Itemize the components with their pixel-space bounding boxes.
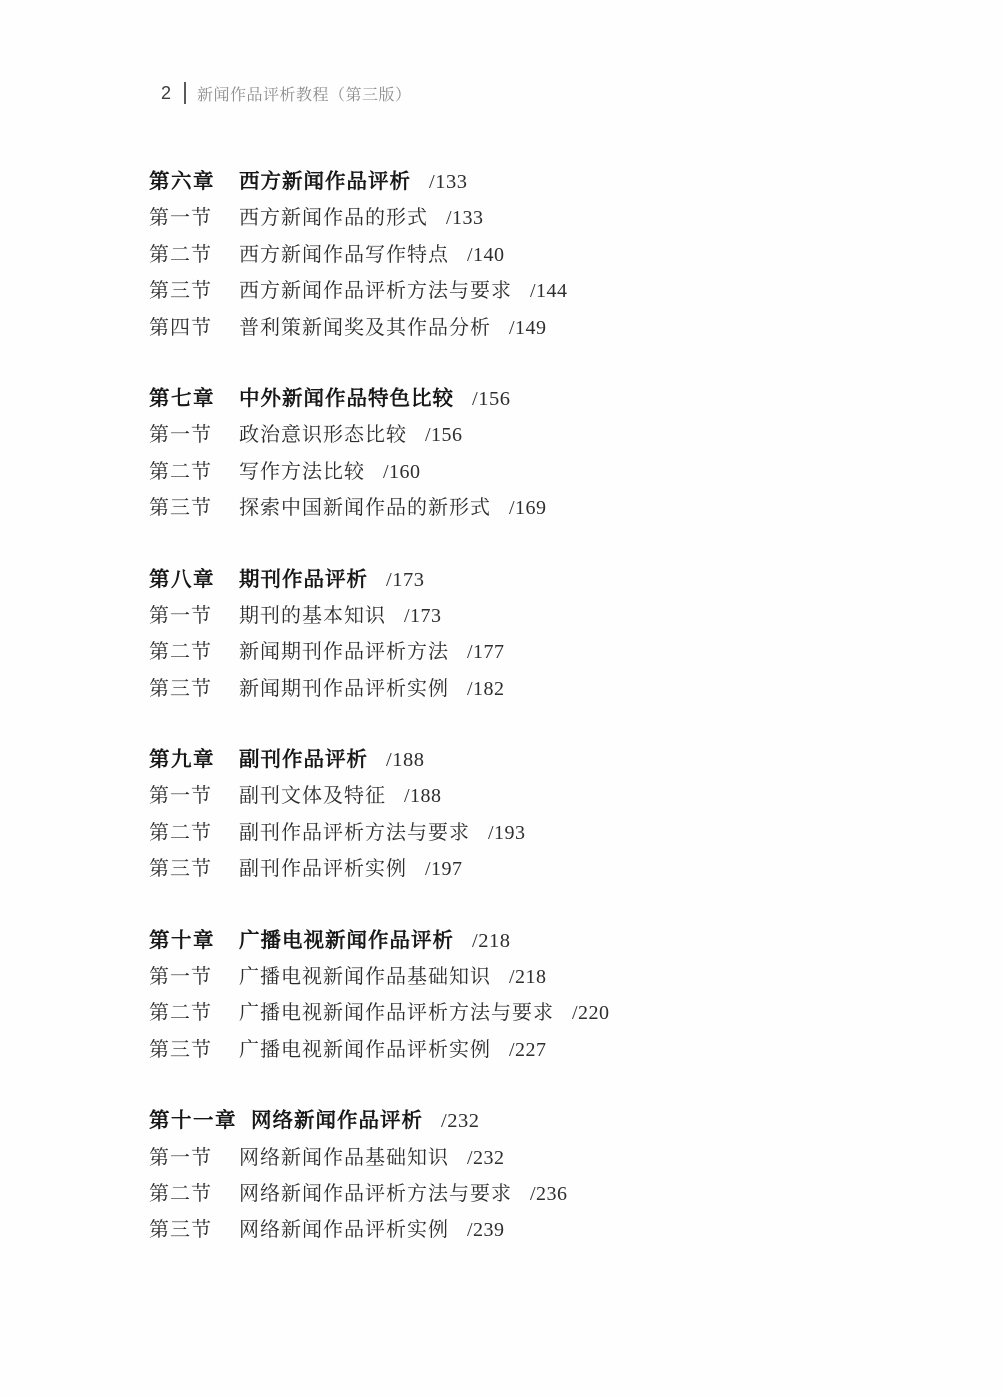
section-entry: 第一节 期刊的基本知识 /173 <box>149 598 889 634</box>
section-title: 副刊作品评析方法与要求 <box>239 815 470 851</box>
section-page-ref: /144 <box>530 273 568 309</box>
chapter-title: 中外新闻作品特色比较 <box>239 381 454 417</box>
section-label: 第一节 <box>149 598 225 634</box>
section-label: 第二节 <box>149 237 225 273</box>
section-label: 第三节 <box>149 671 225 707</box>
section-page-ref: /218 <box>509 959 547 995</box>
section-label: 第一节 <box>149 200 225 236</box>
section-page-ref: /232 <box>467 1140 505 1176</box>
section-title: 广播电视新闻作品基础知识 <box>239 959 491 995</box>
section-entry: 第一节 副刊文体及特征 /188 <box>149 778 889 814</box>
section-title: 副刊作品评析实例 <box>239 851 407 887</box>
chapter-title: 西方新闻作品评析 <box>239 164 411 200</box>
section-entry: 第三节 副刊作品评析实例 /197 <box>149 851 889 887</box>
section-label: 第二节 <box>149 1176 225 1212</box>
chapter-label: 第八章 <box>149 562 225 598</box>
section-page-ref: /173 <box>404 598 442 634</box>
chapter-page-ref: /156 <box>472 381 510 417</box>
section-page-ref: /197 <box>425 851 463 887</box>
section-entry: 第二节 网络新闻作品评析方法与要求 /236 <box>149 1176 889 1212</box>
section-title: 西方新闻作品写作特点 <box>239 237 449 273</box>
section-title: 新闻期刊作品评析实例 <box>239 671 449 707</box>
book-title: 新闻作品评析教程（第三版） <box>197 82 412 105</box>
section-title: 期刊的基本知识 <box>239 598 386 634</box>
section-entry: 第三节 探索中国新闻作品的新形式 /169 <box>149 490 889 526</box>
toc-chapter-10: 第十章 广播电视新闻作品评析 /218 第一节 广播电视新闻作品基础知识 /21… <box>149 923 889 1069</box>
section-entry: 第三节 广播电视新闻作品评析实例 /227 <box>149 1032 889 1068</box>
section-title: 广播电视新闻作品评析实例 <box>239 1032 491 1068</box>
section-label: 第四节 <box>149 310 225 346</box>
section-page-ref: /236 <box>530 1176 568 1212</box>
section-title: 西方新闻作品的形式 <box>239 200 428 236</box>
section-entry: 第二节 西方新闻作品写作特点 /140 <box>149 237 889 273</box>
chapter-title: 广播电视新闻作品评析 <box>239 923 454 959</box>
chapter-heading: 第十一章 网络新闻作品评析 /232 <box>149 1103 889 1139</box>
page-number: 2 <box>161 83 171 104</box>
section-label: 第一节 <box>149 959 225 995</box>
section-title: 网络新闻作品基础知识 <box>239 1140 449 1176</box>
section-title: 新闻期刊作品评析方法 <box>239 634 449 670</box>
section-title: 网络新闻作品评析实例 <box>239 1212 449 1248</box>
section-title: 副刊文体及特征 <box>239 778 386 814</box>
chapter-label: 第六章 <box>149 164 225 200</box>
header-divider-line <box>184 82 186 104</box>
section-entry: 第一节 网络新闻作品基础知识 /232 <box>149 1140 889 1176</box>
section-label: 第三节 <box>149 1212 225 1248</box>
toc-chapter-8: 第八章 期刊作品评析 /173 第一节 期刊的基本知识 /173 第二节 新闻期… <box>149 562 889 708</box>
chapter-heading: 第九章 副刊作品评析 /188 <box>149 742 889 778</box>
toc-chapter-6: 第六章 西方新闻作品评析 /133 第一节 西方新闻作品的形式 /133 第二节… <box>149 164 889 346</box>
section-label: 第二节 <box>149 995 225 1031</box>
section-page-ref: /188 <box>404 778 442 814</box>
section-entry: 第一节 政治意识形态比较 /156 <box>149 417 889 453</box>
chapter-title: 期刊作品评析 <box>239 562 368 598</box>
section-entry: 第四节 普利策新闻奖及其作品分析 /149 <box>149 310 889 346</box>
section-label: 第二节 <box>149 815 225 851</box>
section-page-ref: /193 <box>488 815 526 851</box>
section-label: 第二节 <box>149 454 225 490</box>
book-page: 2 新闻作品评析教程（第三版） 第六章 西方新闻作品评析 /133 第一节 西方… <box>0 0 1003 1396</box>
chapter-page-ref: /188 <box>386 742 424 778</box>
section-label: 第三节 <box>149 851 225 887</box>
section-page-ref: /177 <box>467 634 505 670</box>
chapter-label: 第十章 <box>149 923 225 959</box>
section-label: 第三节 <box>149 1032 225 1068</box>
section-title: 政治意识形态比较 <box>239 417 407 453</box>
section-entry: 第三节 新闻期刊作品评析实例 /182 <box>149 671 889 707</box>
section-label: 第一节 <box>149 778 225 814</box>
chapter-title: 副刊作品评析 <box>239 742 368 778</box>
chapter-label: 第七章 <box>149 381 225 417</box>
section-page-ref: /169 <box>509 490 547 526</box>
chapter-label: 第十一章 <box>149 1103 237 1139</box>
section-entry: 第二节 广播电视新闻作品评析方法与要求 /220 <box>149 995 889 1031</box>
section-label: 第二节 <box>149 634 225 670</box>
chapter-title: 网络新闻作品评析 <box>251 1103 423 1139</box>
chapter-heading: 第七章 中外新闻作品特色比较 /156 <box>149 381 889 417</box>
section-page-ref: /140 <box>467 237 505 273</box>
section-entry: 第二节 副刊作品评析方法与要求 /193 <box>149 815 889 851</box>
section-page-ref: /239 <box>467 1212 505 1248</box>
section-page-ref: /133 <box>446 200 484 236</box>
chapter-page-ref: /218 <box>472 923 510 959</box>
section-title: 广播电视新闻作品评析方法与要求 <box>239 995 554 1031</box>
chapter-heading: 第八章 期刊作品评析 /173 <box>149 562 889 598</box>
section-page-ref: /227 <box>509 1032 547 1068</box>
section-entry: 第三节 网络新闻作品评析实例 /239 <box>149 1212 889 1248</box>
section-title: 写作方法比较 <box>239 454 365 490</box>
chapter-heading: 第六章 西方新闻作品评析 /133 <box>149 164 889 200</box>
toc-chapter-7: 第七章 中外新闻作品特色比较 /156 第一节 政治意识形态比较 /156 第二… <box>149 381 889 527</box>
section-page-ref: /220 <box>572 995 610 1031</box>
section-page-ref: /149 <box>509 310 547 346</box>
chapter-page-ref: /133 <box>429 164 467 200</box>
section-label: 第三节 <box>149 273 225 309</box>
section-entry: 第一节 西方新闻作品的形式 /133 <box>149 200 889 236</box>
chapter-heading: 第十章 广播电视新闻作品评析 /218 <box>149 923 889 959</box>
section-title: 西方新闻作品评析方法与要求 <box>239 273 512 309</box>
section-title: 网络新闻作品评析方法与要求 <box>239 1176 512 1212</box>
section-label: 第三节 <box>149 490 225 526</box>
section-page-ref: /156 <box>425 417 463 453</box>
chapter-label: 第九章 <box>149 742 225 778</box>
chapter-page-ref: /173 <box>386 562 424 598</box>
section-entry: 第三节 西方新闻作品评析方法与要求 /144 <box>149 273 889 309</box>
section-page-ref: /182 <box>467 671 505 707</box>
running-header: 2 新闻作品评析教程（第三版） <box>161 80 412 106</box>
toc-chapter-9: 第九章 副刊作品评析 /188 第一节 副刊文体及特征 /188 第二节 副刊作… <box>149 742 889 888</box>
toc-chapter-11: 第十一章 网络新闻作品评析 /232 第一节 网络新闻作品基础知识 /232 第… <box>149 1103 889 1249</box>
section-label: 第一节 <box>149 417 225 453</box>
section-entry: 第二节 写作方法比较 /160 <box>149 454 889 490</box>
section-entry: 第一节 广播电视新闻作品基础知识 /218 <box>149 959 889 995</box>
section-title: 普利策新闻奖及其作品分析 <box>239 310 491 346</box>
section-title: 探索中国新闻作品的新形式 <box>239 490 491 526</box>
table-of-contents: 第六章 西方新闻作品评析 /133 第一节 西方新闻作品的形式 /133 第二节… <box>149 164 889 1249</box>
chapter-page-ref: /232 <box>441 1103 479 1139</box>
section-entry: 第二节 新闻期刊作品评析方法 /177 <box>149 634 889 670</box>
section-label: 第一节 <box>149 1140 225 1176</box>
section-page-ref: /160 <box>383 454 421 490</box>
